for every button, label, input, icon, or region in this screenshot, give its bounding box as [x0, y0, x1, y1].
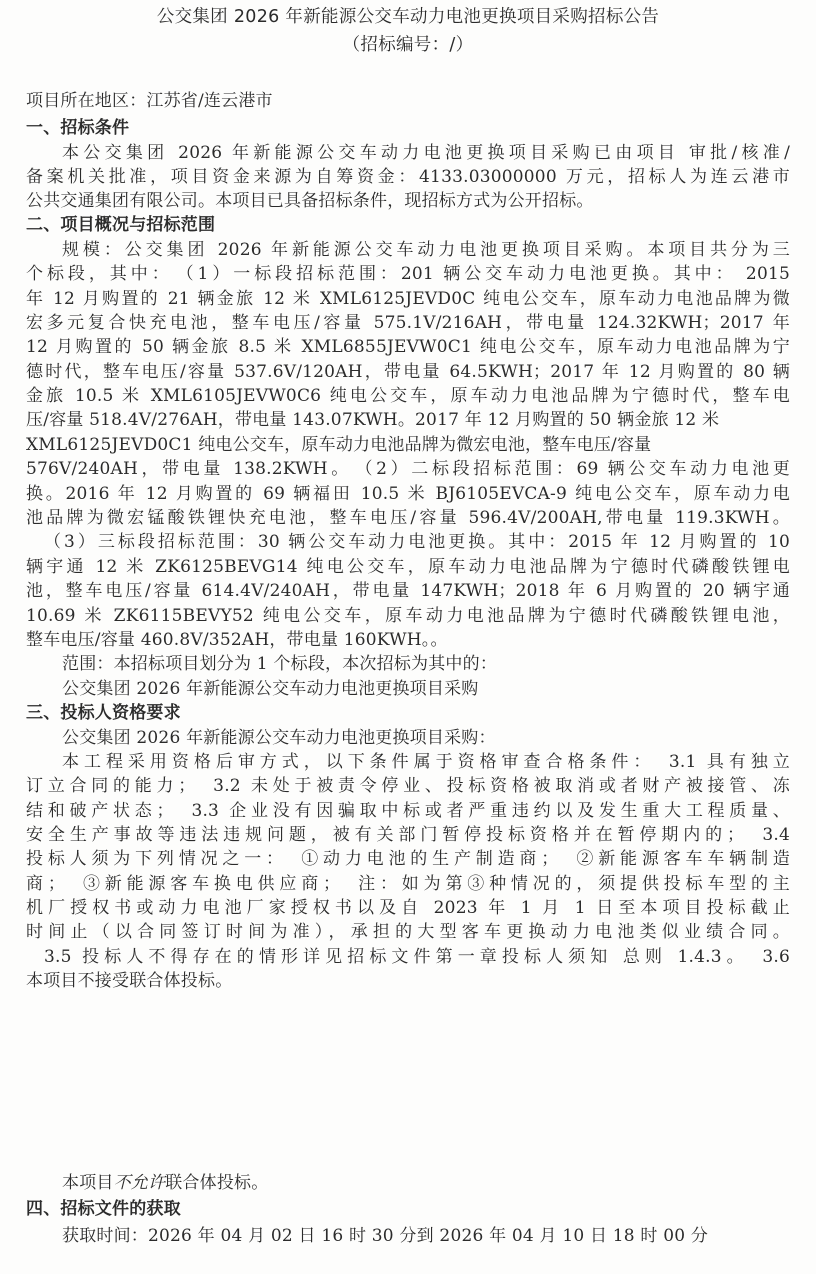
section-2-line: 10.69 米 ZK6115BEVY52 纯电公交车，原车动力电池品牌为宁德时代…	[26, 604, 790, 628]
section-3-line: 3.5 投标人不得存在的情形详见招标文件第一章投标人须知 总则 1.4.3。 3…	[44, 945, 790, 969]
section-3-line: 本工程采用资格后审方式，以下条件属于资格审查合格条件： 3.1 具有独立	[62, 750, 790, 774]
section-2-line: 宏多元复合快充电池，整车电压/容量 575.1V/216AH，带电量 124.3…	[26, 311, 790, 335]
section-3-line: 安全生产事故等违法违规问题，被有关部门暂停投标资格并在暂停期内的； 3.4	[26, 823, 790, 847]
section-1-line: 本公交集团 2026 年新能源公交车动力电池更换项目采购已由项目 审批/核准/	[62, 141, 790, 165]
section-3-heading: 三、投标人资格要求	[26, 701, 790, 725]
section-2-line: 个标段，其中： （1）一标段招标范围：201 辆公交车动力电池更换。其中： 20…	[26, 262, 790, 286]
section-3-line: 时间止（以合同签订时间为准），承担的大型客车更换动力电池类似业绩合同。	[26, 920, 790, 944]
section-2-line: 池，整车电压/容量 614.4V/240AH，带电量 147KWH；2018 年…	[26, 579, 790, 603]
section-3-intro: 公交集团 2026 年新能源公交车动力电池更换项目采购：	[62, 726, 790, 750]
project-region: 项目所在地区：江苏省/连云港市	[26, 89, 790, 113]
document-subtitle: （招标编号：/）	[0, 33, 816, 57]
section-2-heading: 二、项目概况与招标范围	[26, 213, 790, 237]
section-2-line: 规模：公交集团 2026 年新能源公交车动力电池更换项目采购。本项目共分为三	[62, 238, 790, 262]
section-1-heading: 一、招标条件	[26, 116, 790, 140]
section-2-line: 池品牌为微宏锰酸铁锂快充电池，整车电压/容量 596.4V/200AH,带电量 …	[26, 506, 790, 530]
section-2-line: 金旅 10.5 米 XML6105JEVW0C6 纯电公交车，原车动力电池品牌为…	[26, 384, 790, 408]
section-4-heading: 四、招标文件的获取	[26, 1197, 790, 1221]
section-2-line: 压/容量 518.4V/276AH，带电量 143.07KWH。2017 年 1…	[26, 408, 790, 432]
section-2-line: （3）三标段招标范围：30 辆公交车动力电池更换。其中：2015 年 12 月购…	[44, 530, 790, 554]
section-1-line: 公共交通集团有限公司。本项目已具备招标条件，现招标方式为公开招标。	[26, 189, 790, 213]
section-2-line: 辆宇通 12 米 ZK6125BEVG14 纯电公交车，原车动力电池品牌为宁德时…	[26, 555, 790, 579]
consortium-prefix: 本项目	[62, 1173, 114, 1193]
section-2-line: 整车电压/容量 460.8V/352AH，带电量 160KWH。。	[26, 628, 790, 652]
consortium-suffix: 联合体投标。	[165, 1173, 268, 1193]
document-page: 公交集团 2026 年新能源公交车动力电池更换项目采购招标公告 （招标编号：/）…	[0, 0, 816, 1274]
document-title: 公交集团 2026 年新能源公交车动力电池更换项目采购招标公告	[0, 5, 816, 29]
section-3-line: 投标人须为下列情况之一： ①动力电池的生产制造商； ②新能源客车车辆制造	[26, 847, 790, 871]
section-2-line: 12 月购置的 50 辆金旅 8.5 米 XML6855JEVW0C1 纯电公交…	[26, 335, 790, 359]
section-1-line: 备案机关批准，项目资金来源为自筹资金：4133.03000000 万元，招标人为…	[26, 165, 790, 189]
section-2-line: 德时代，整车电压/容量 537.6V/120AH，带电量 64.5KWH；201…	[26, 360, 790, 384]
section-3-line: 结和破产状态； 3.3 企业没有因骗取中标或者严重违约以及发生重大工程质量、	[26, 799, 790, 823]
section-3-line: 订立合同的能力； 3.2 未处于被责令停业、投标资格被取消或者财产被接管、冻	[26, 774, 790, 798]
scope-line: 范围：本招标项目划分为 1 个标段，本次招标为其中的：	[62, 652, 790, 676]
section-2-line: 换。2016 年 12 月购置的 69 辆福田 10.5 米 BJ6105EVC…	[26, 482, 790, 506]
section-2-line: 年 12 月购置的 21 辆金旅 12 米 XML6125JEVD0C 纯电公交…	[26, 287, 790, 311]
section-3-line: 机厂授权书或动力电池厂家授权书以及自 2023 年 1 月 1 日至本项目投标截…	[26, 896, 790, 920]
section-3-line: 本项目不接受联合体投标。	[26, 969, 790, 993]
consortium-italic: 不允许	[114, 1173, 166, 1193]
scope-line: 公交集团 2026 年新能源公交车动力电池更换项目采购	[62, 677, 790, 701]
consortium-note: 本项目不允许联合体投标。	[62, 1171, 790, 1195]
section-2-line: 576V/240AH，带电量 138.2KWH。 （2）二标段招标范围：69 辆…	[26, 457, 790, 481]
section-2-line: XML6125JEVD0C1 纯电公交车，原车动力电池品牌为微宏电池，整车电压/…	[26, 433, 790, 457]
acquisition-time: 获取时间：2026 年 04 月 02 日 16 时 30 分到 2026 年 …	[62, 1224, 790, 1248]
section-3-line: 商； ③新能源客车换电供应商； 注：如为第③种情况的，须提供投标车型的主	[26, 872, 790, 896]
